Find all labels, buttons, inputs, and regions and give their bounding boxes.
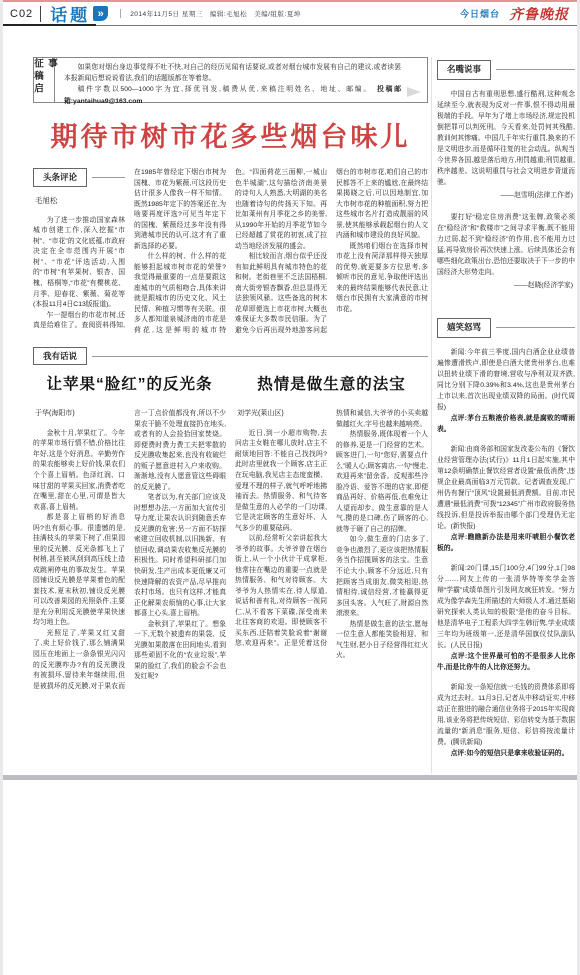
article-paragraph: 热情服务,既体现着一个人的修养,更是一门经营的艺术。顾客进门,一句“您好,需要点…	[336, 430, 428, 535]
notice-text-2-span: 稿件字数以500—1000字为宜,择优刊发,稿费从优,来稿注明姓名、地址、邮编。	[78, 86, 369, 93]
lead-paragraph: 既然咱们烟台在选择市树市花上没有菏泽那样得天独厚的优势,就更要多方位思考,多倾听…	[336, 242, 428, 316]
header-divider	[40, 6, 41, 22]
celebrity-item: 中国自古有重刑思想,盛行酷刑,这种观念延续至今,就表现为反对一件事,恨不得动用最…	[437, 89, 575, 201]
sidebar: 名嘴说事 中国自古有重刑思想,盛行酷刑,这种观念延续至今,就表现为反对一件事,恨…	[437, 57, 575, 773]
article-paragraph: 金秋到了,苹果红了。想象一下,无数个被遗弃的果袋、反光膜如果散落在田间地头,看到…	[134, 620, 226, 683]
newspaper-page: C02 话题 » 2014年11月5日 星期三 编辑:毛旭松 美编/组版:夏坤 …	[0, 0, 580, 975]
article-title: 热情是做生意的法宝	[235, 365, 428, 401]
celebrity-item-text: 要打好“稳定住房消费”这张牌,政策必须在“稳经济”和“救楼市”之间寻求平衡,既不…	[437, 212, 575, 278]
article-author: 于华(海阳市)	[35, 409, 125, 420]
lead-paragraph: 为了进一步推动国家森林城市创建工作,深入挖掘“市树”、“市花”的文化底蕴,市政府…	[33, 216, 125, 311]
celebrity-item-signature: ——赵雪明(法律工作者)	[437, 190, 573, 201]
satire-item-comment: 点评:瞧瞧新办法是用来吓唬胆小餐饮老板的。	[437, 532, 575, 554]
kicker-rule	[92, 177, 125, 178]
masthead-city-edition: 今日烟台	[460, 7, 500, 20]
notice-text-1: 如果您对烟台身边事觉得不吐不快,对自己的经历见闻有话要说,或者对烟台城市发展有自…	[64, 62, 401, 84]
lead-headline: 期待市树市花多些烟台味儿	[33, 110, 428, 158]
celebrity-item: 要打好“稳定住房消费”这张牌,政策必须在“稳经济”和“救楼市”之间寻求平衡,既不…	[437, 212, 575, 291]
satire-item-news: 新闻:20门课,15门100分,4门99分,1门98分……网友上传的一张清华特等…	[437, 563, 575, 651]
kicker-label: 我有话说	[33, 347, 87, 365]
kicker-label: 名嘴说事	[437, 60, 491, 80]
article-paragraph: 热情是做生意的法宝,愿每一位生意人都能笑脸相迎、和气生财,把小日子经营得红红火火…	[336, 620, 428, 662]
satire-item-comment: 点评:如今的短信只是拿来收验证码的。	[437, 748, 575, 759]
satire-item: 新闻:20门课,15门100分,4门99分,1门98分……网友上传的一张清华特等…	[437, 563, 575, 673]
header-accent-rule	[3, 24, 96, 26]
kicker-label: 嬉笑怒骂	[437, 318, 491, 338]
article-paragraph: 笔者以为,有关部门应该及时想想办法,一方面加大宣传引导力度,让果农认识到随意丢弃…	[134, 493, 226, 619]
submission-notice-box: 征稿启事 如果您对烟台身边事觉得不吐不快,对自己的经历见闻有话要说,或者对烟台城…	[33, 57, 428, 103]
satire-item-news: 新闻:发一条短信就一毛钱的资费体系即将成为过去时。11月3日,记者从中移动证实,…	[437, 682, 575, 748]
satire-item: 新闻:今年前三季度,国内白酒企业业绩普遍惨遭滑铁卢,即使是白酒大佬贵州茅台,也难…	[437, 347, 575, 435]
article-body: 刘学光(莱山区) 近日,到一小超市购物,去问店主女鞋在哪儿放时,店主不耐烦地回答…	[235, 409, 428, 737]
page-edge-left	[0, 0, 3, 975]
satire-item: 新闻:发一条短信就一毛钱的资费体系即将成为过去时。11月3日,记者从中移动证实,…	[437, 682, 575, 759]
reader-article-apple: 让苹果“脸红”的反光条 于华(海阳市) 金秋十月,苹果红了。今年的苹果市场行情不…	[33, 365, 226, 737]
celebrity-item-text: 中国自古有重刑思想,盛行酷刑,这种观念延续至今,就表现为反对一件事,恨不得动用最…	[437, 89, 575, 188]
date-line: 2014年11月5日 星期三 编辑:毛旭松 美编/组版:夏坤	[120, 9, 301, 18]
satire-item-news: 新闻:由商务部和国家发改委公布的《餐饮业经营管理办法(试行)》11月1日起实施,…	[437, 444, 575, 532]
article-paragraph: 都是喜上眉梢的好消息吗?也有烦心事。很遗憾的是,挂满枝头的苹果下树了,但果园里的…	[33, 513, 125, 629]
celebrity-item-signature: ——赵晓(经济学家)	[437, 280, 573, 291]
kicker-rule	[92, 356, 428, 357]
section-title: 话题	[50, 1, 90, 26]
kicker-reader-section: 我有话说	[33, 347, 428, 365]
kicker-label: 头条评论	[33, 168, 87, 187]
kicker-rule	[496, 69, 575, 70]
notice-body: 如果您对烟台身边事觉得不吐不快,对自己的经历见闻有话要说,或者对烟台城市发展有自…	[55, 58, 427, 102]
article-body: 于华(海阳市) 金秋十月,苹果红了。今年的苹果市场行情不错,价格比往年好,这是个…	[33, 409, 226, 737]
article-paragraph: 近日,到一小超市购物,去问店主女鞋在哪儿放时,店主不耐烦地回答:不能自己找找吗?…	[235, 429, 327, 534]
article-paragraph: 如今,做生意的门店多了,竞争也激烈了,更应该把热情服务当作招揽顾客的法宝。生意不…	[336, 535, 428, 619]
section-gap	[437, 302, 575, 315]
satire-item: 新闻:由商务部和国家发改委公布的《餐饮业经营管理办法(试行)》11月1日起实施,…	[437, 444, 575, 554]
sidebar-divider-rule	[431, 57, 432, 773]
page-header: C02 话题 » 2014年11月5日 星期三 编辑:毛旭松 美编/组版:夏坤 …	[3, 2, 577, 26]
article-paragraph: 金秋十月,苹果红了。今年的苹果市场行情不错,价格比往年好,这是个好消息。辛勤劳作…	[33, 429, 125, 513]
paper-plane-icon	[407, 87, 421, 97]
lead-author: 毛旭松	[35, 195, 125, 207]
reader-article-business: 热情是做生意的法宝 刘学光(莱山区) 近日,到一小超市购物,去问店主女鞋在哪儿放…	[235, 365, 428, 737]
satire-item-news: 新闻:今年前三季度,国内白酒企业业绩普遍惨遭滑铁卢,即使是白酒大佬贵州茅台,也难…	[437, 347, 575, 413]
kicker-headline-comment: 头条评论	[33, 168, 125, 187]
article-title: 让苹果“脸红”的反光条	[33, 365, 226, 401]
kicker-satire: 嬉笑怒骂	[437, 318, 575, 338]
satire-item-comment: 点评:茅台五粮液价格表,就是腐败的晴雨表。	[437, 413, 575, 435]
bottom-divider	[0, 775, 580, 780]
kicker-rule	[496, 327, 575, 328]
reader-articles-row: 让苹果“脸红”的反光条 于华(海阳市) 金秋十月,苹果红了。今年的苹果市场行情不…	[33, 365, 428, 737]
page-code: C02	[3, 8, 40, 20]
lead-article-body: 头条评论 毛旭松 为了进一步推动国家森林城市创建工作,深入挖掘“市树”、“市花”…	[33, 168, 428, 346]
satire-item-comment: 点评:这个世界最可怕的不是很多人比你牛,而是比你牛的人比你还努力。	[437, 651, 575, 673]
masthead-newspaper-logo: 齐鲁晚报	[509, 4, 569, 24]
kicker-celebrity-talk: 名嘴说事	[437, 60, 575, 80]
chevron-badge-icon: »	[93, 6, 108, 21]
notice-vertical-label: 征稿启事	[34, 58, 55, 102]
article-author: 刘学光(莱山区)	[237, 409, 327, 420]
notice-text-2: 稿件字数以500—1000字为宜,择优刊发,稿费从优,来稿注明姓名、地址、邮编。…	[64, 84, 401, 106]
